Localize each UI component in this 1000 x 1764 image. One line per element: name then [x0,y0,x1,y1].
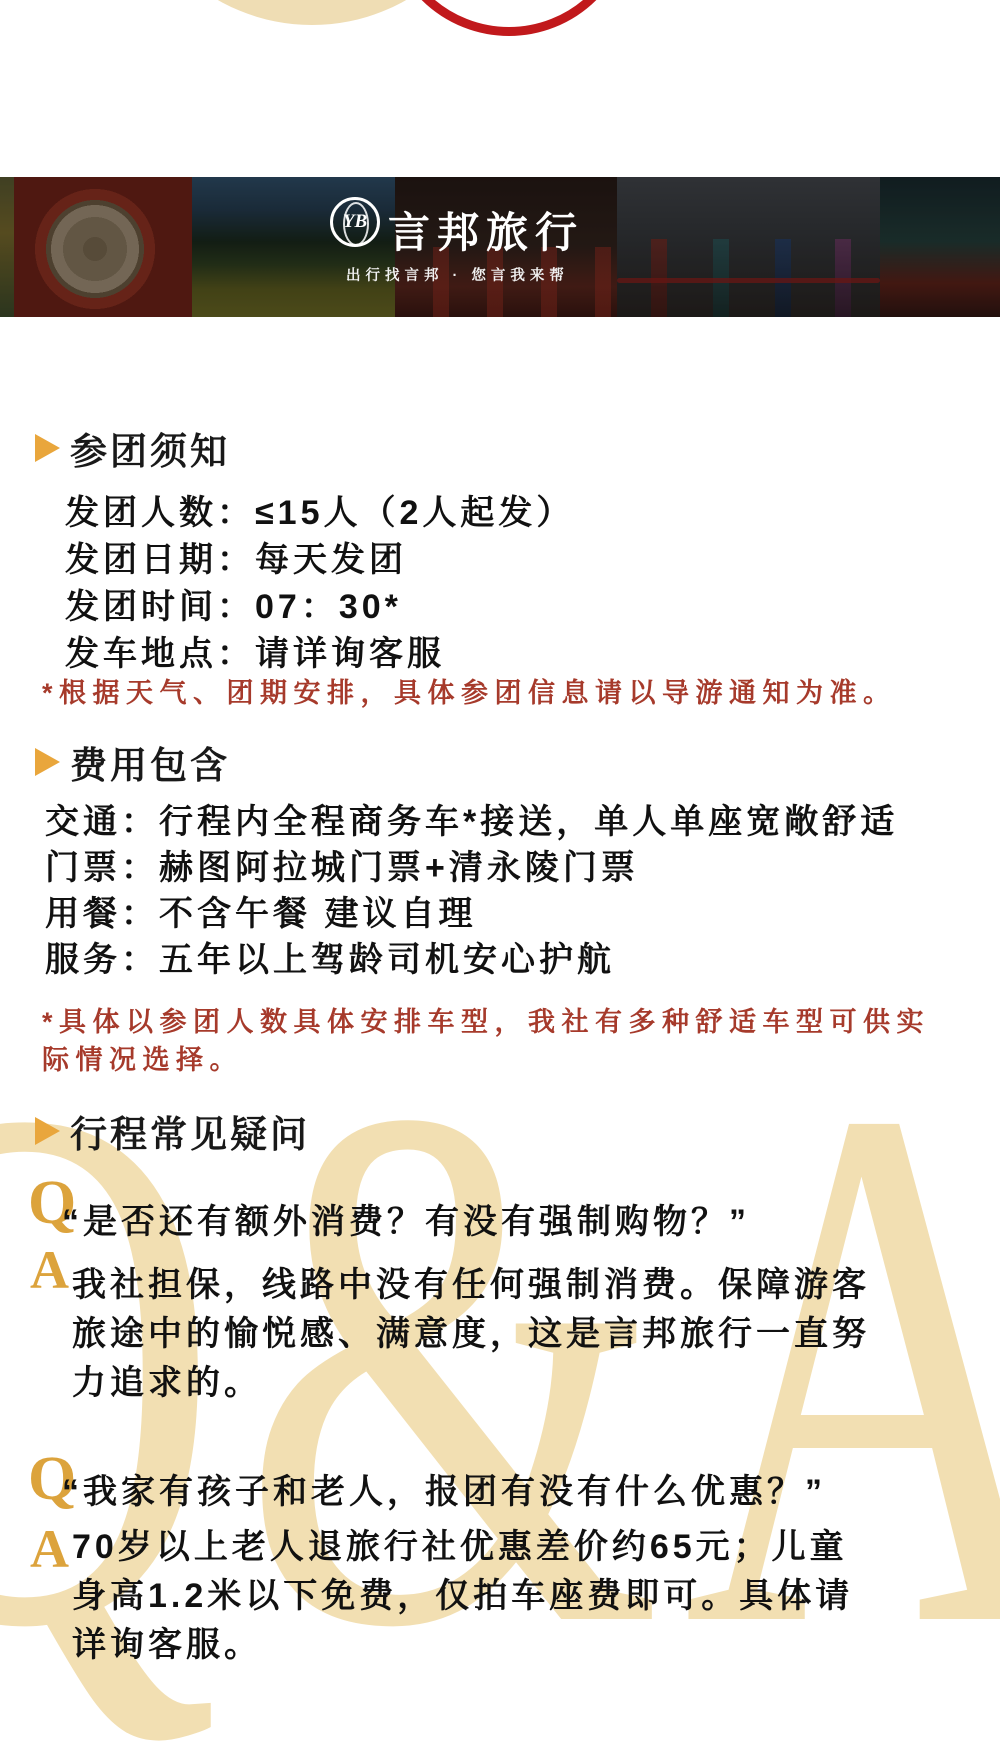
fees-item: 用餐：不含午餐 建议自理 [45,891,898,937]
arrow-right-icon [35,1117,60,1145]
notice-item: 发团人数：≤15人（2人起发） [65,490,574,537]
section-fees-header: 费用包含 [35,735,230,789]
section-fees-title: 费用包含 [70,735,230,789]
globe-logo-icon: YB [330,197,380,247]
top-ring-decor [385,0,633,36]
notice-items: 发团人数：≤15人（2人起发） 发团日期：每天发团 发团时间：07：30* 发车… [65,490,574,678]
arrow-right-icon [35,434,60,462]
banner-tagline: 出行找言邦 · 您言我来帮 [346,264,569,285]
notice-item: 发车地点：请详询客服 [65,631,574,678]
question-text: “我家有孩子和老人，报团有没有什么优惠？” [62,1464,826,1513]
section-faq-title: 行程常见疑问 [70,1104,310,1158]
arrow-right-icon [35,748,60,776]
globe-yb-text: YB [343,211,367,233]
travel-flyer-page: YB 言邦旅行 出行找言邦 · 您言我来帮 Q&A 参团须知 发团人数：≤15人… [0,0,1000,1764]
answer-text: 70岁以上老人退旅行社优惠差价约65元；儿童 身高1.2米以下免费，仅拍车座费即… [72,1523,912,1670]
fees-item: 服务：五年以上驾龄司机安心护航 [45,937,898,983]
notice-item: 发团时间：07：30* [65,584,574,631]
section-notice-title: 参团须知 [70,421,230,475]
section-notice-header: 参团须知 [35,421,230,475]
fees-note: *具体以参团人数具体安排车型，我社有多种舒适车型可供实 际情况选择。 [42,1003,930,1079]
answer-text: 我社担保，线路中没有任何强制消费。保障游客 旅途中的愉悦感、满意度，这是言邦旅行… [72,1261,912,1408]
notice-note: *根据天气、团期安排，具体参团信息请以导游通知为准。 [42,674,897,712]
a-letter: A [30,1243,69,1297]
fees-item: 门票：赫图阿拉城门票+清永陵门票 [45,845,898,891]
a-letter: A [30,1522,69,1576]
question-text: “是否还有额外消费？有没有强制购物？” [62,1194,750,1243]
section-faq-header: 行程常见疑问 [35,1104,310,1158]
notice-item: 发团日期：每天发团 [65,537,574,584]
fees-items: 交通：行程内全程商务车*接送，单人单座宽敞舒适 门票：赫图阿拉城门票+清永陵门票… [45,799,898,983]
fees-item: 交通：行程内全程商务车*接送，单人单座宽敞舒适 [45,799,898,845]
banner-brand-title: 言邦旅行 [388,200,584,260]
